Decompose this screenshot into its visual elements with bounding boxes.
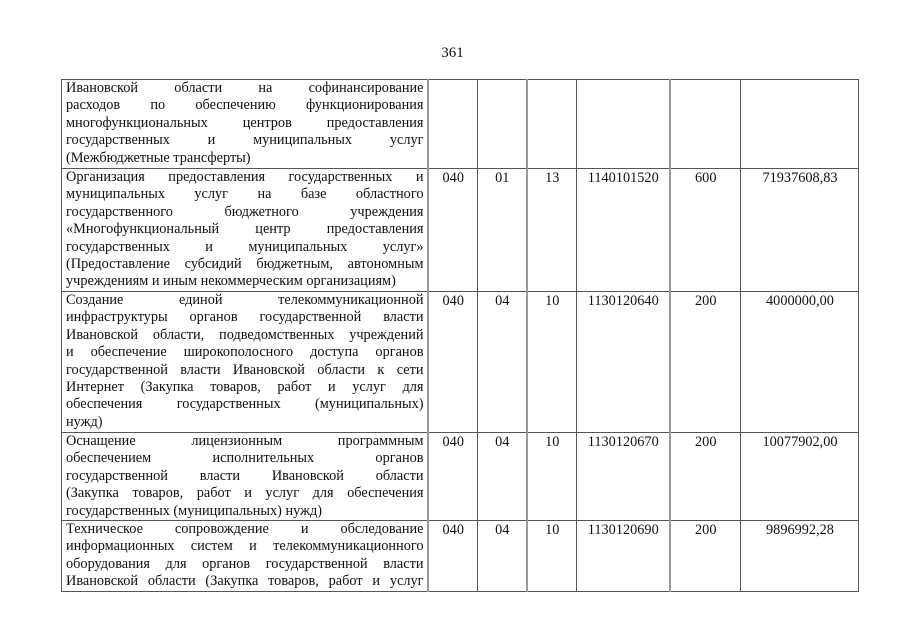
expense-type-cell: 200	[670, 292, 741, 433]
ministry-code-cell: 040	[428, 521, 478, 592]
description-line: Ивановской области (Закупка товаров, раб…	[66, 573, 424, 590]
amount-cell: 71937608,83	[741, 169, 859, 292]
description-line: Ивановской области на софинансирование	[66, 80, 424, 97]
description-line: расходов по обеспечению функционирования	[66, 97, 424, 114]
description-last-line: нужд)	[66, 414, 424, 431]
description-line: многофункциональных центров предоставлен…	[66, 115, 424, 132]
description-cell: Ивановской области на софинансированиера…	[62, 80, 428, 169]
description-last-line: учреждениям и иным некоммерческим органи…	[66, 273, 424, 290]
target-article-cell: 1130120690	[577, 521, 670, 592]
section-code-cell	[478, 80, 527, 169]
ministry-code-cell: 040	[428, 433, 478, 521]
expense-type-cell	[670, 80, 741, 169]
description-line: государственного бюджетного учреждения	[66, 204, 424, 221]
amount-cell: 10077902,00	[741, 433, 859, 521]
expense-type-cell: 600	[670, 169, 741, 292]
description-cell: Создание единой телекоммуникационнойинфр…	[62, 292, 428, 433]
target-article-cell	[577, 80, 670, 169]
expense-type-cell: 200	[670, 521, 741, 592]
description-line: Организация предоставления государственн…	[66, 169, 424, 186]
description-line: обеспечения государственных (муниципальн…	[66, 396, 424, 413]
amount-cell: 9896992,28	[741, 521, 859, 592]
section-code-cell: 04	[478, 292, 527, 433]
subsection-code-cell: 13	[527, 169, 577, 292]
description-line: и обеспечение широкополосного доступа ор…	[66, 344, 424, 361]
description-line: Ивановской области, подведомственных учр…	[66, 327, 424, 344]
page-number: 361	[0, 45, 905, 62]
section-code-cell: 04	[478, 433, 527, 521]
target-article-cell: 1130120640	[577, 292, 670, 433]
description-cell: Техническое сопровождение и обследование…	[62, 521, 428, 592]
subsection-code-cell	[527, 80, 577, 169]
description-cell: Организация предоставления государственн…	[62, 169, 428, 292]
description-line: оборудования для органов государственной…	[66, 556, 424, 573]
description-line: Интернет (Закупка товаров, работ и услуг…	[66, 379, 424, 396]
description-line: обеспечением исполнительных органов	[66, 450, 424, 467]
ministry-code-cell: 040	[428, 169, 478, 292]
subsection-code-cell: 10	[527, 292, 577, 433]
description-cell: Оснащение лицензионным программнымобеспе…	[62, 433, 428, 521]
table-row: Организация предоставления государственн…	[62, 169, 859, 292]
ministry-code-cell: 040	[428, 292, 478, 433]
description-line: Техническое сопровождение и обследование	[66, 521, 424, 538]
description-line: государственных и муниципальных услуг	[66, 132, 424, 149]
description-line: государственной власти Ивановской област…	[66, 468, 424, 485]
ministry-code-cell	[428, 80, 478, 169]
table-row: Ивановской области на софинансированиера…	[62, 80, 859, 169]
description-line: инфраструктуры органов государственной в…	[66, 309, 424, 326]
amount-cell	[741, 80, 859, 169]
description-line: «Многофункциональный центр предоставлени…	[66, 221, 424, 238]
table-row: Оснащение лицензионным программнымобеспе…	[62, 433, 859, 521]
description-last-line: государственных (муниципальных) нужд)	[66, 503, 424, 520]
expense-type-cell: 200	[670, 433, 741, 521]
subsection-code-cell: 10	[527, 521, 577, 592]
description-line: информационных систем и телекоммуникацио…	[66, 538, 424, 555]
amount-cell: 4000000,00	[741, 292, 859, 433]
target-article-cell: 1140101520	[577, 169, 670, 292]
description-line: (Предоставление субсидий бюджетным, авто…	[66, 256, 424, 273]
description-line: муниципальных услуг на базе областного	[66, 186, 424, 203]
budget-allocation-table: Ивановской области на софинансированиера…	[61, 79, 859, 592]
table-row: Создание единой телекоммуникационнойинфр…	[62, 292, 859, 433]
description-line: государственной власти Ивановской област…	[66, 362, 424, 379]
section-code-cell: 01	[478, 169, 527, 292]
section-code-cell: 04	[478, 521, 527, 592]
description-line: Создание единой телекоммуникационной	[66, 292, 424, 309]
target-article-cell: 1130120670	[577, 433, 670, 521]
description-line: государственных и муниципальных услуг»	[66, 239, 424, 256]
description-line: Оснащение лицензионным программным	[66, 433, 424, 450]
description-last-line: (Межбюджетные трансферты)	[66, 150, 424, 167]
subsection-code-cell: 10	[527, 433, 577, 521]
table-row: Техническое сопровождение и обследование…	[62, 521, 859, 592]
description-line: (Закупка товаров, работ и услуг для обес…	[66, 485, 424, 502]
